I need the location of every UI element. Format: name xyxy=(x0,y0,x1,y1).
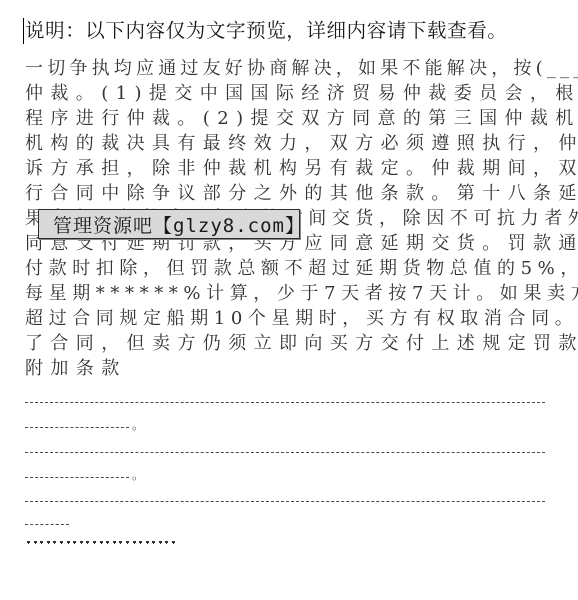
marker-icon xyxy=(26,540,33,546)
marker-icon xyxy=(85,540,92,546)
marker-icon xyxy=(99,540,106,546)
text-cursor xyxy=(23,18,24,44)
marker-icon xyxy=(164,540,171,546)
blank-fill-line xyxy=(25,501,545,503)
truncation-markers xyxy=(26,540,178,546)
body-line: 程序进行仲裁。(2)提交双方同意的第三国仲裁机构仲裁。仲裁 xyxy=(25,106,553,131)
marker-icon xyxy=(151,540,158,546)
blank-fill-line xyxy=(25,477,129,479)
body-line: 每星期******%计算，少于7天者按7天计。如果卖方交货延期 xyxy=(25,281,553,306)
marker-icon xyxy=(66,540,73,546)
marker-icon xyxy=(39,540,46,546)
body-line: 附加条款 xyxy=(25,356,553,381)
marker-icon xyxy=(171,540,178,546)
body-line: 了合同，但卖方仍须立即向买方交付上述规定罚款。第十九条 xyxy=(25,331,553,356)
body-line: 行合同中除争议部分之外的其他条款。第十八条延期和罚款如 xyxy=(25,181,553,206)
marker-icon xyxy=(112,540,119,546)
blank-fill-line xyxy=(25,524,69,526)
body-line: 诉方承担，除非仲裁机构另有裁定。仲裁期间，双方须继续执 xyxy=(25,156,553,181)
body-line: 付款时扣除，但罚款总额不超过延期货物总值的5%，罚款率按 xyxy=(25,256,553,281)
marker-icon xyxy=(145,540,152,546)
marker-icon xyxy=(118,540,125,546)
marker-icon xyxy=(138,540,145,546)
marker-icon xyxy=(158,540,165,546)
marker-icon xyxy=(125,540,132,546)
body-line: 机构的裁决具有最终效力，双方必须遵照执行，仲裁费用由败 xyxy=(25,131,553,156)
body-line: 仲裁。(1)提交中国国际经济贸易仲裁委员会，根据该会的仲裁 xyxy=(25,81,553,106)
marker-icon xyxy=(46,540,53,546)
blank-fill-line xyxy=(25,452,545,454)
marker-icon xyxy=(33,540,40,546)
marker-icon xyxy=(59,540,66,546)
blank-fill-line xyxy=(25,402,545,404)
fill-period: 。 xyxy=(132,419,144,431)
watermark-banner: 管理资源吧【glzy8.com】 xyxy=(38,209,300,239)
blank-fill-line xyxy=(25,427,129,429)
marker-icon xyxy=(52,540,59,546)
marker-icon xyxy=(79,540,86,546)
marker-icon xyxy=(105,540,112,546)
preview-notice-title: 说明：以下内容仅为文字预览，详细内容请下载查看。 xyxy=(25,16,507,46)
fill-period: 。 xyxy=(132,469,144,481)
marker-icon xyxy=(132,540,139,546)
body-line: 超过合同规定船期10个星期时，买方有权取消合同。尽管取消 xyxy=(25,306,553,331)
marker-icon xyxy=(92,540,99,546)
marker-icon xyxy=(72,540,79,546)
body-line: 一切争执均应通过友好协商解决，如果不能解决，按(____)项 xyxy=(25,56,553,81)
